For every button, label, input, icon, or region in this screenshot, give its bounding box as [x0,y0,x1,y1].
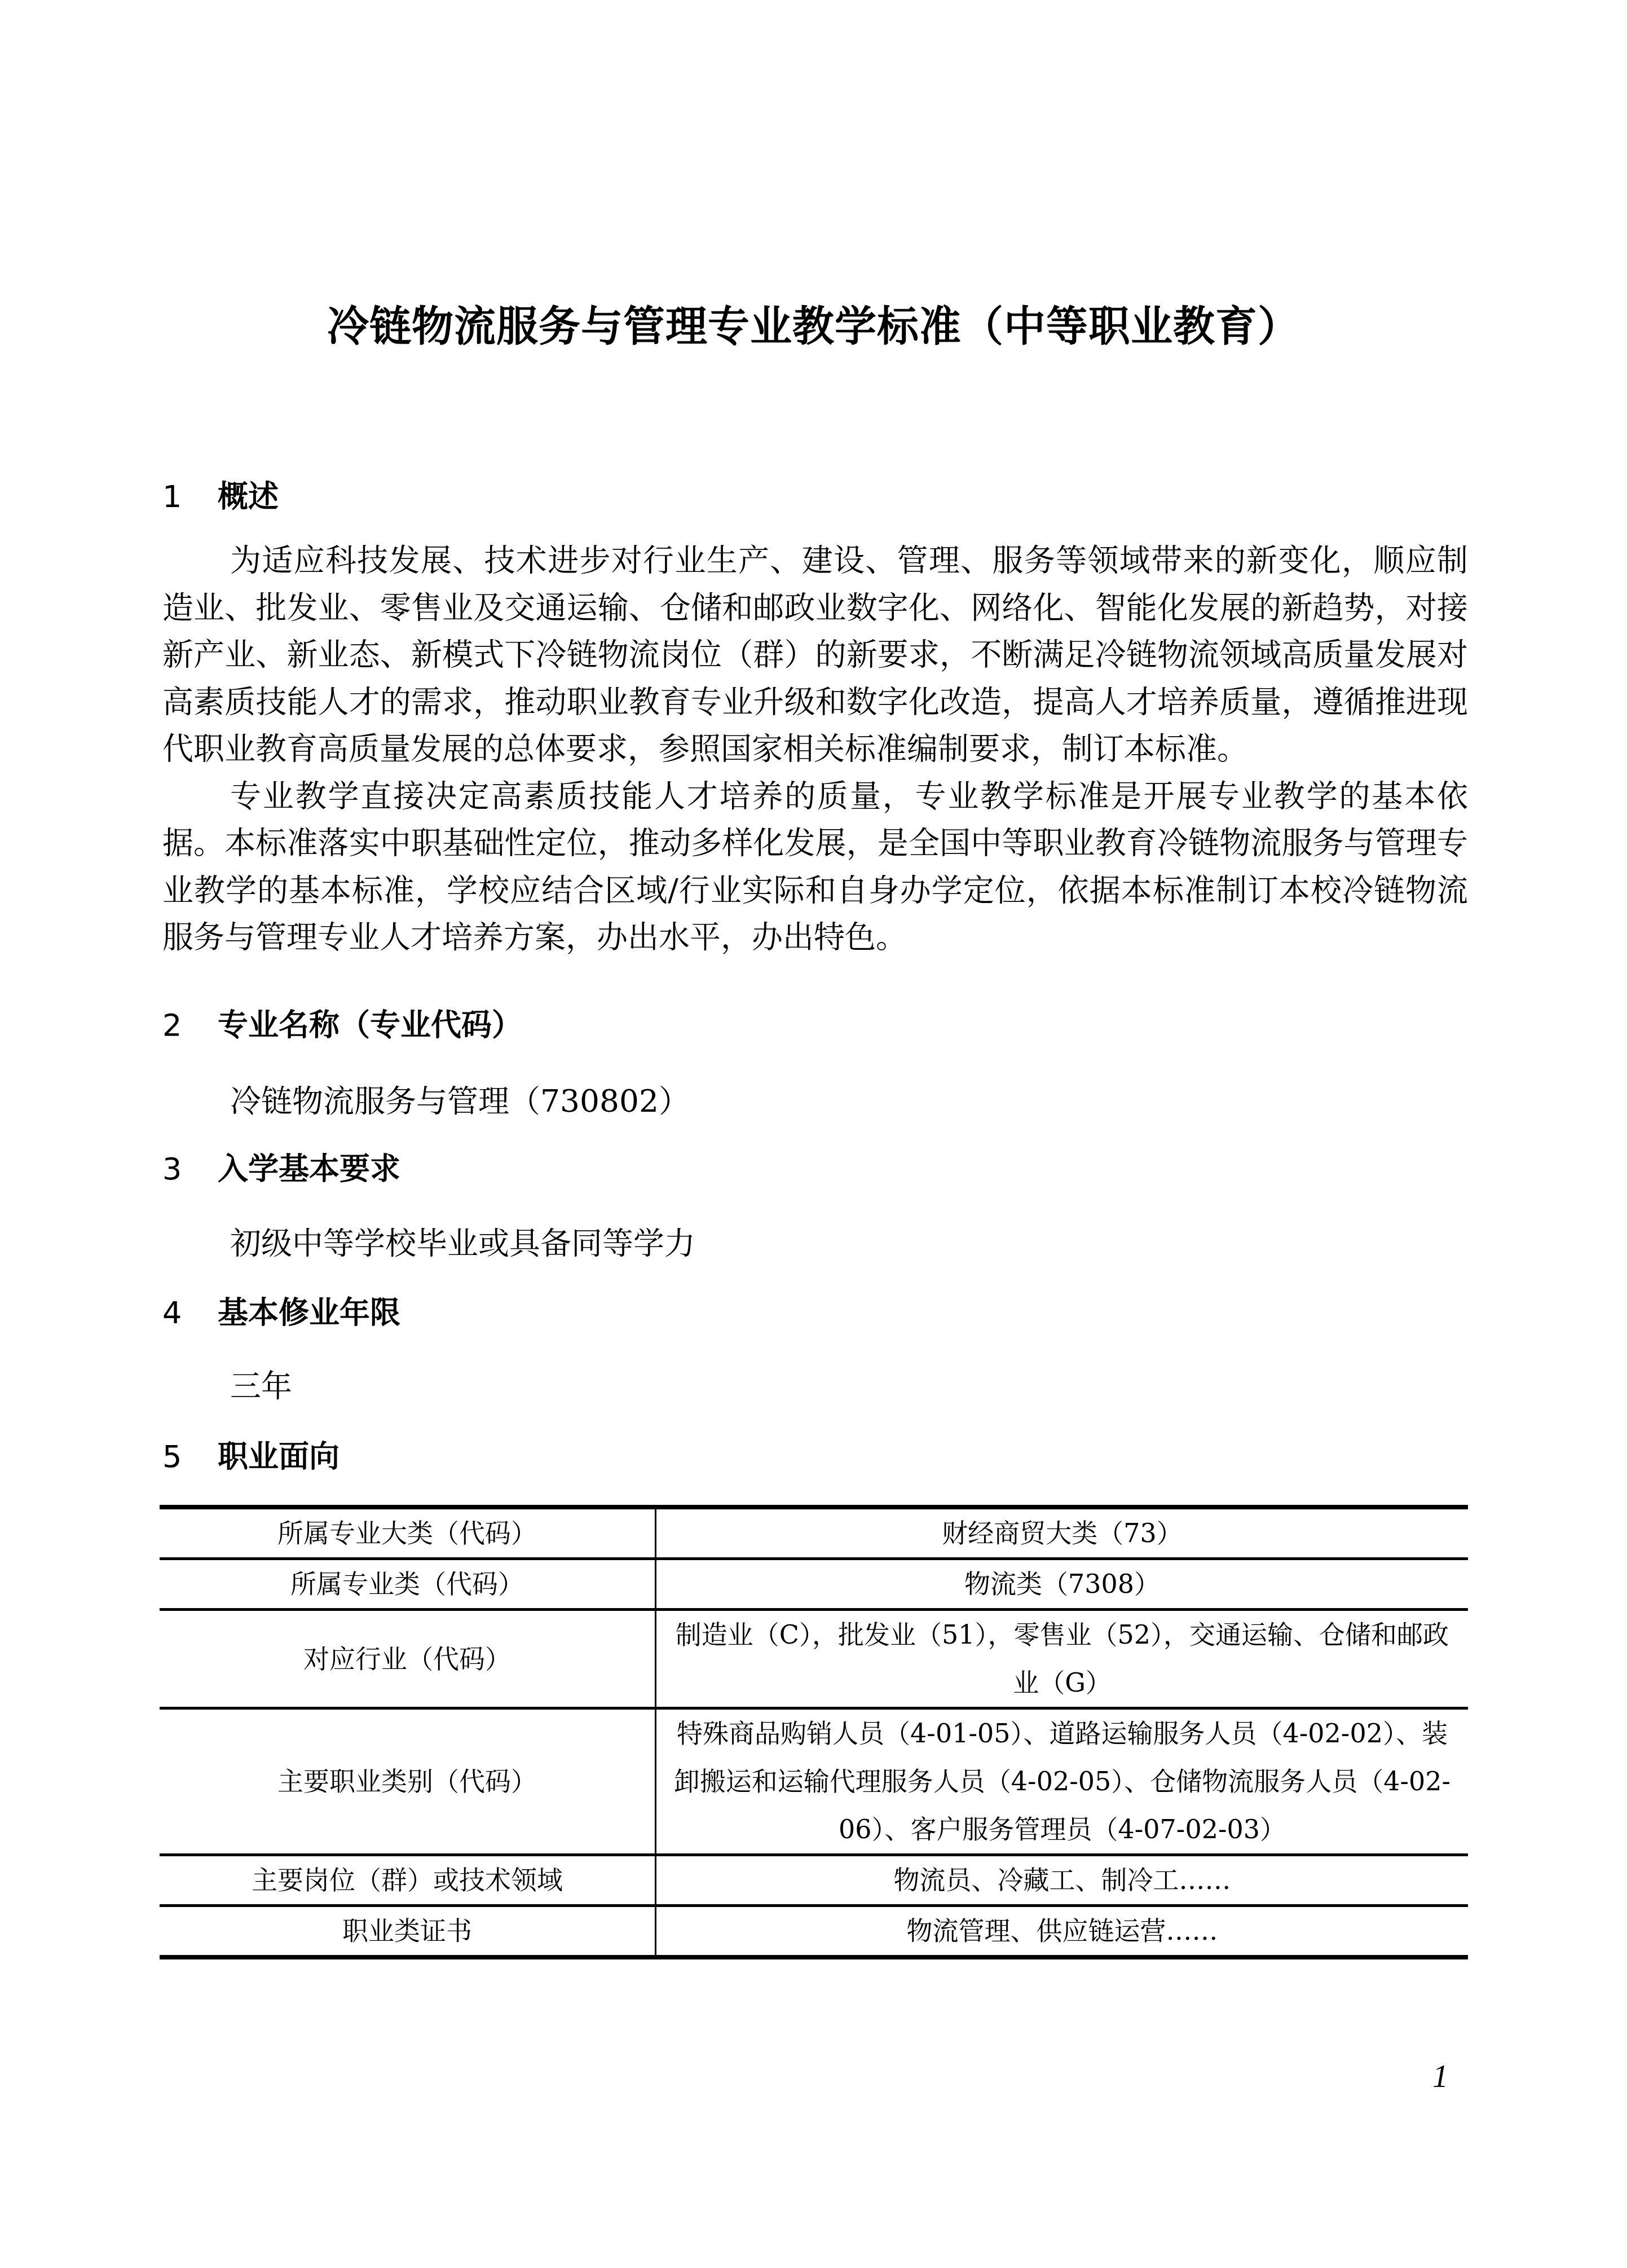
section-number: 2 [162,1007,218,1043]
section-1-body: 为适应科技发展、技术进步对行业生产、建设、管理、服务等领域带来的新变化，顺应制造… [162,537,1468,961]
page-number: 1 [1432,2059,1448,2095]
row-key: 对应行业（代码） [160,1610,656,1708]
table-row: 所属专业大类（代码） 财经商贸大类（73） [160,1507,1468,1559]
row-value: 财经商贸大类（73） [656,1507,1469,1559]
section-2-content: 冷链物流服务与管理（730802） [230,1076,690,1121]
section-3-content: 初级中等学校毕业或具备同等学力 [230,1218,695,1263]
section-title: 概述 [218,479,279,514]
section-number: 4 [162,1295,218,1331]
section-title: 职业面向 [218,1439,339,1474]
row-value: 物流类（7308） [656,1559,1469,1610]
section-heading-5: 5职业面向 [162,1433,339,1476]
occupation-table: 所属专业大类（代码） 财经商贸大类（73） 所属专业类（代码） 物流类（7308… [160,1505,1468,1959]
section-title: 基本修业年限 [218,1295,400,1331]
section-heading-3: 3入学基本要求 [162,1145,400,1188]
paragraph: 专业教学直接决定高素质技能人才培养的质量，专业教学标准是开展专业教学的基本依据。… [162,773,1468,961]
section-heading-2: 2专业名称（专业代码） [162,1001,522,1045]
row-value: 特殊商品购销人员（4-01-05）、道路运输服务人员（4-02-02）、装卸搬运… [656,1708,1469,1855]
row-key: 主要岗位（群）或技术领域 [160,1855,656,1906]
section-heading-4: 4基本修业年限 [162,1289,400,1332]
row-key: 所属专业大类（代码） [160,1507,656,1559]
section-title: 专业名称（专业代码） [218,1007,522,1043]
section-title: 入学基本要求 [218,1151,400,1187]
row-key: 主要职业类别（代码） [160,1708,656,1855]
section-4-content: 三年 [230,1361,292,1406]
row-value: 物流管理、供应链运营…… [656,1906,1469,1958]
document-page: 冷链物流服务与管理专业教学标准（中等职业教育） 1概述 为适应科技发展、技术进步… [0,0,1627,2268]
table-row: 主要岗位（群）或技术领域 物流员、冷藏工、制冷工…… [160,1855,1468,1906]
section-heading-1: 1概述 [162,473,279,516]
row-key: 所属专业类（代码） [160,1559,656,1610]
table-row: 对应行业（代码） 制造业（C），批发业（51），零售业（52），交通运输、仓储和… [160,1610,1468,1708]
paragraph: 为适应科技发展、技术进步对行业生产、建设、管理、服务等领域带来的新变化，顺应制造… [162,537,1468,773]
section-number: 5 [162,1439,218,1474]
section-number: 1 [162,479,218,514]
table-row: 职业类证书 物流管理、供应链运营…… [160,1906,1468,1958]
row-key: 职业类证书 [160,1906,656,1958]
table-row: 所属专业类（代码） 物流类（7308） [160,1559,1468,1610]
row-value: 制造业（C），批发业（51），零售业（52），交通运输、仓储和邮政业（G） [656,1610,1469,1708]
section-number: 3 [162,1151,218,1187]
row-value: 物流员、冷藏工、制冷工…… [656,1855,1469,1906]
table-row: 主要职业类别（代码） 特殊商品购销人员（4-01-05）、道路运输服务人员（4-… [160,1708,1468,1855]
document-title: 冷链物流服务与管理专业教学标准（中等职业教育） [0,293,1627,353]
